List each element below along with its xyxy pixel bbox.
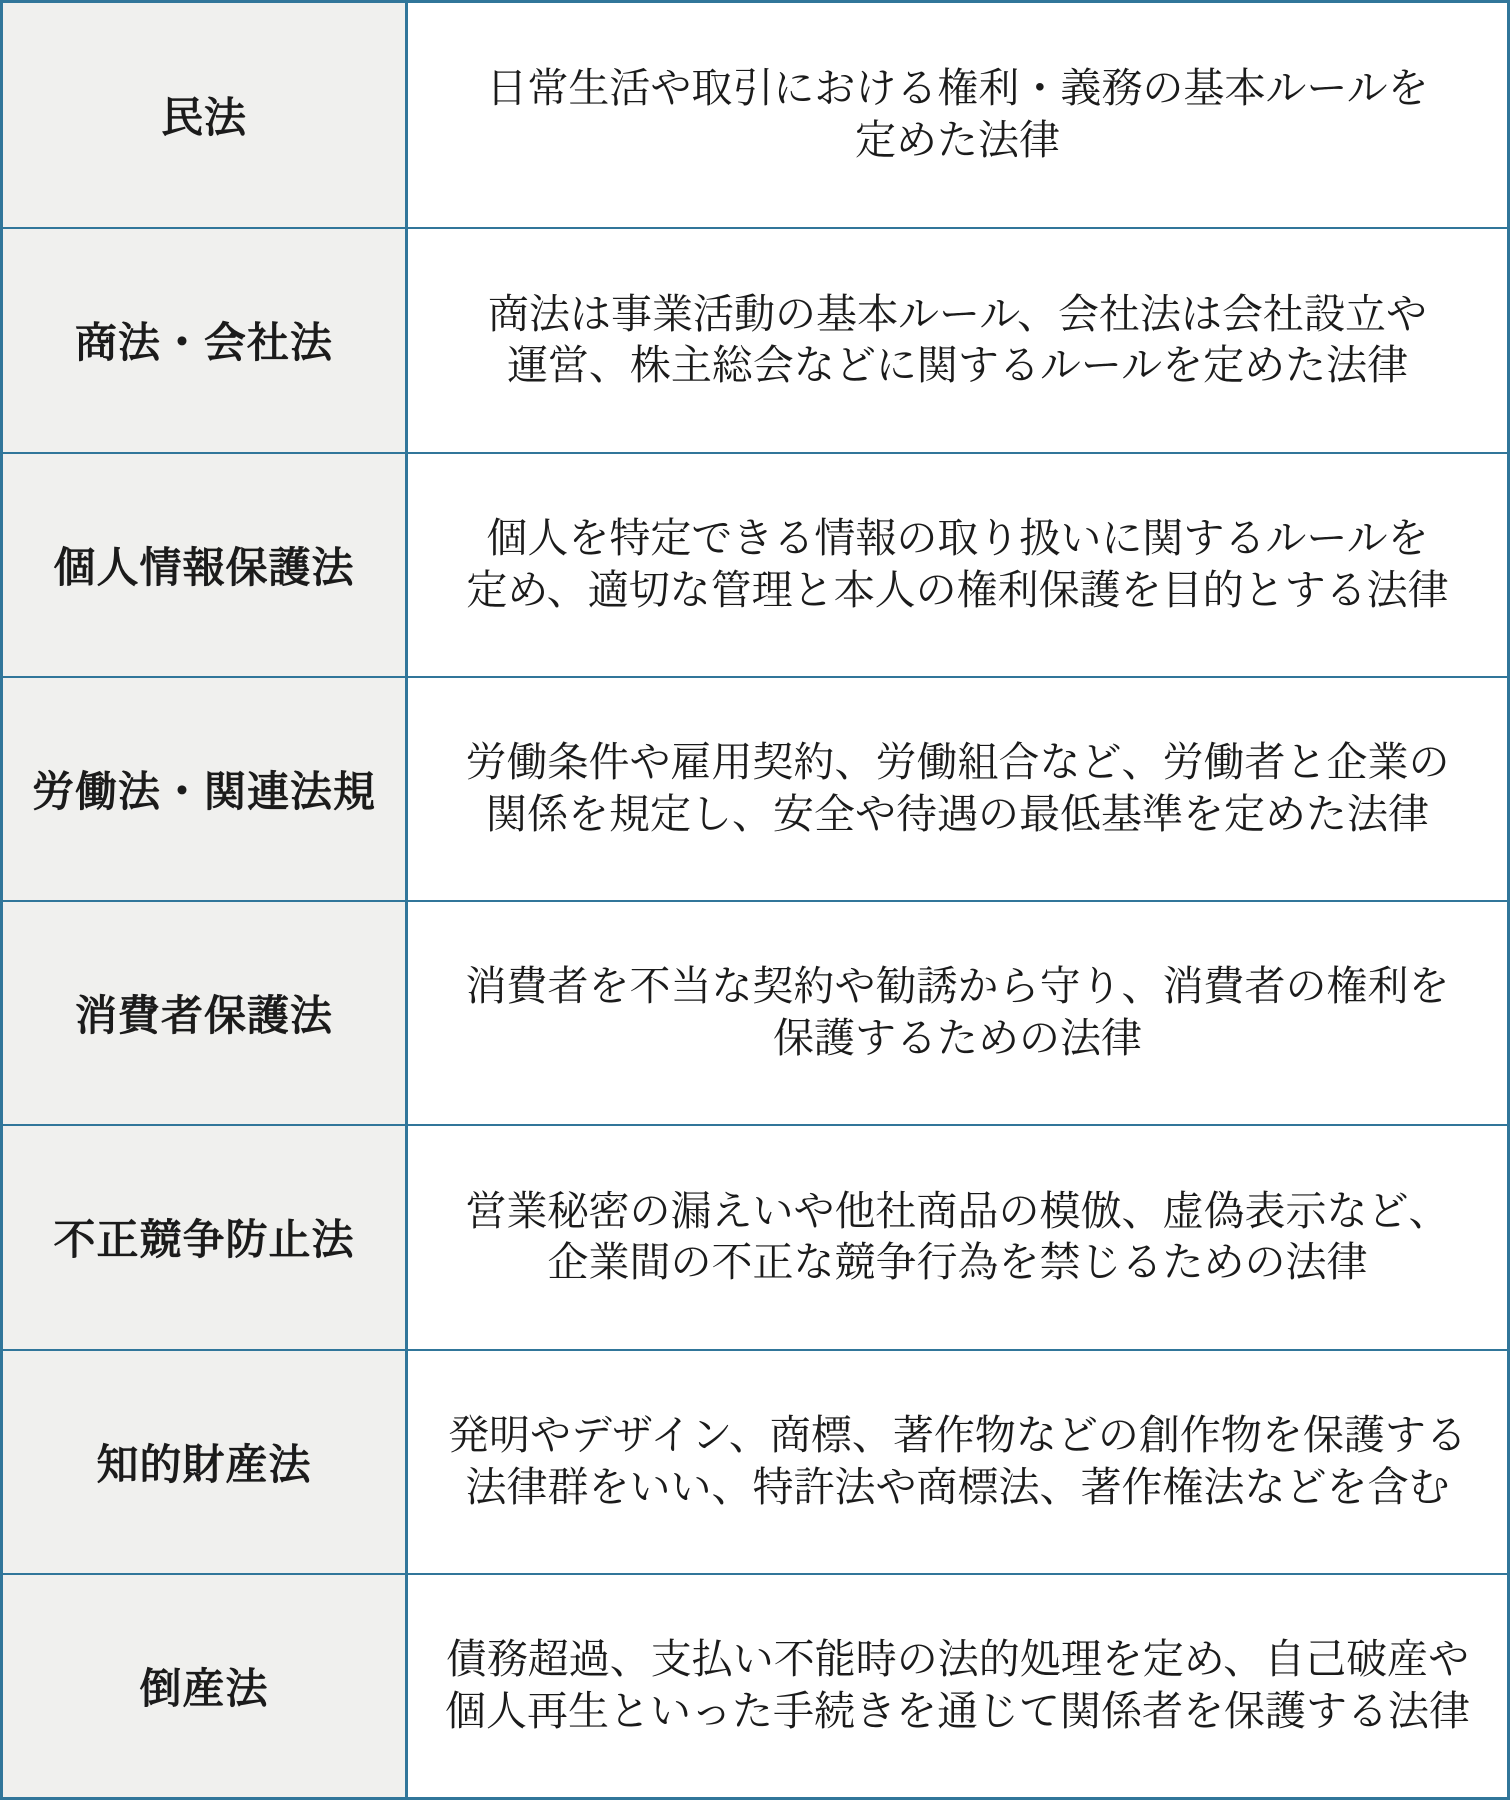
law-term-label: 民法: [161, 85, 247, 145]
law-description-cell: 発明やデザイン、商標、著作物などの創作物を保護する 法律群をいい、特許法や商標法…: [408, 1349, 1507, 1573]
law-description-line: 個人を特定できる情報の取り扱いに関するルールを: [486, 513, 1428, 565]
law-description-line: 定め、適切な管理と本人の権利保護を目的とする法律: [466, 565, 1448, 617]
law-term-cell: 商法・会社法: [3, 227, 408, 451]
law-description-line: 個人再生といった手続きを通じて関係者を保護する法律: [445, 1686, 1470, 1738]
law-term-label: 不正競争防止法: [53, 1207, 354, 1267]
law-term-cell: 民法: [3, 3, 408, 227]
law-term-cell: 知的財産法: [3, 1349, 408, 1573]
law-description-line: 企業間の不正な競争行為を禁じるための法律: [548, 1237, 1368, 1289]
law-description-cell: 日常生活や取引における権利・義務の基本ルールを 定めた法律: [408, 3, 1507, 227]
law-description-line: 債務超過、支払い不能時の法的処理を定め、自己破産や: [446, 1634, 1469, 1686]
law-term-label: 商法・会社法: [75, 310, 333, 370]
law-description-cell: 商法は事業活動の基本ルール、会社法は会社設立や 運営、株主総会などに関するルール…: [408, 227, 1507, 451]
law-description-line: 商法は事業活動の基本ルール、会社法は会社設立や: [488, 289, 1427, 341]
law-term-cell: 個人情報保護法: [3, 452, 408, 676]
law-description-cell: 労働条件や雇用契約、労働組合など、労働者と企業の 関係を規定し、安全や待遇の最低…: [408, 676, 1507, 900]
law-description-cell: 営業秘密の漏えいや他社商品の模倣、虚偽表示など、 企業間の不正な競争行為を禁じる…: [408, 1124, 1507, 1348]
law-term-cell: 労働法・関連法規: [3, 676, 408, 900]
law-description-line: 運営、株主総会などに関するルールを定めた法律: [507, 340, 1408, 392]
law-term-cell: 不正競争防止法: [3, 1124, 408, 1348]
law-description-line: 法律群をいい、特許法や商標法、著作権法などを含む: [466, 1462, 1450, 1514]
law-description-line: 保護するための法律: [773, 1013, 1142, 1065]
law-summary-table: 民法 日常生活や取引における権利・義務の基本ルールを 定めた法律 商法・会社法 …: [0, 0, 1510, 1800]
law-term-cell: 消費者保護法: [3, 900, 408, 1124]
law-term-label: 個人情報保護法: [53, 535, 354, 595]
law-term-label: 労働法・関連法規: [32, 759, 376, 819]
law-description-line: 定めた法律: [855, 115, 1060, 167]
law-description-cell: 消費者を不当な契約や勧誘から守り、消費者の権利を 保護するための法律: [408, 900, 1507, 1124]
law-description-line: 労働条件や雇用契約、労働組合など、労働者と企業の: [466, 737, 1450, 789]
law-term-label: 倒産法: [139, 1656, 268, 1716]
law-description-line: 消費者を不当な契約や勧誘から守り、消費者の権利を: [466, 961, 1450, 1013]
law-description-line: 発明やデザイン、商標、著作物などの創作物を保護する: [448, 1410, 1467, 1462]
law-description-cell: 個人を特定できる情報の取り扱いに関するルールを 定め、適切な管理と本人の権利保護…: [408, 452, 1507, 676]
law-term-label: 知的財産法: [96, 1432, 311, 1492]
law-term-label: 消費者保護法: [75, 983, 333, 1043]
law-description-line: 日常生活や取引における権利・義務の基本ルールを: [486, 63, 1428, 115]
law-description-line: 営業秘密の漏えいや他社商品の模倣、虚偽表示など、: [466, 1186, 1450, 1238]
law-term-cell: 倒産法: [3, 1573, 408, 1797]
law-description-cell: 債務超過、支払い不能時の法的処理を定め、自己破産や 個人再生といった手続きを通じ…: [408, 1573, 1507, 1797]
law-description-line: 関係を規定し、安全や待遇の最低基準を定めた法律: [486, 789, 1429, 841]
